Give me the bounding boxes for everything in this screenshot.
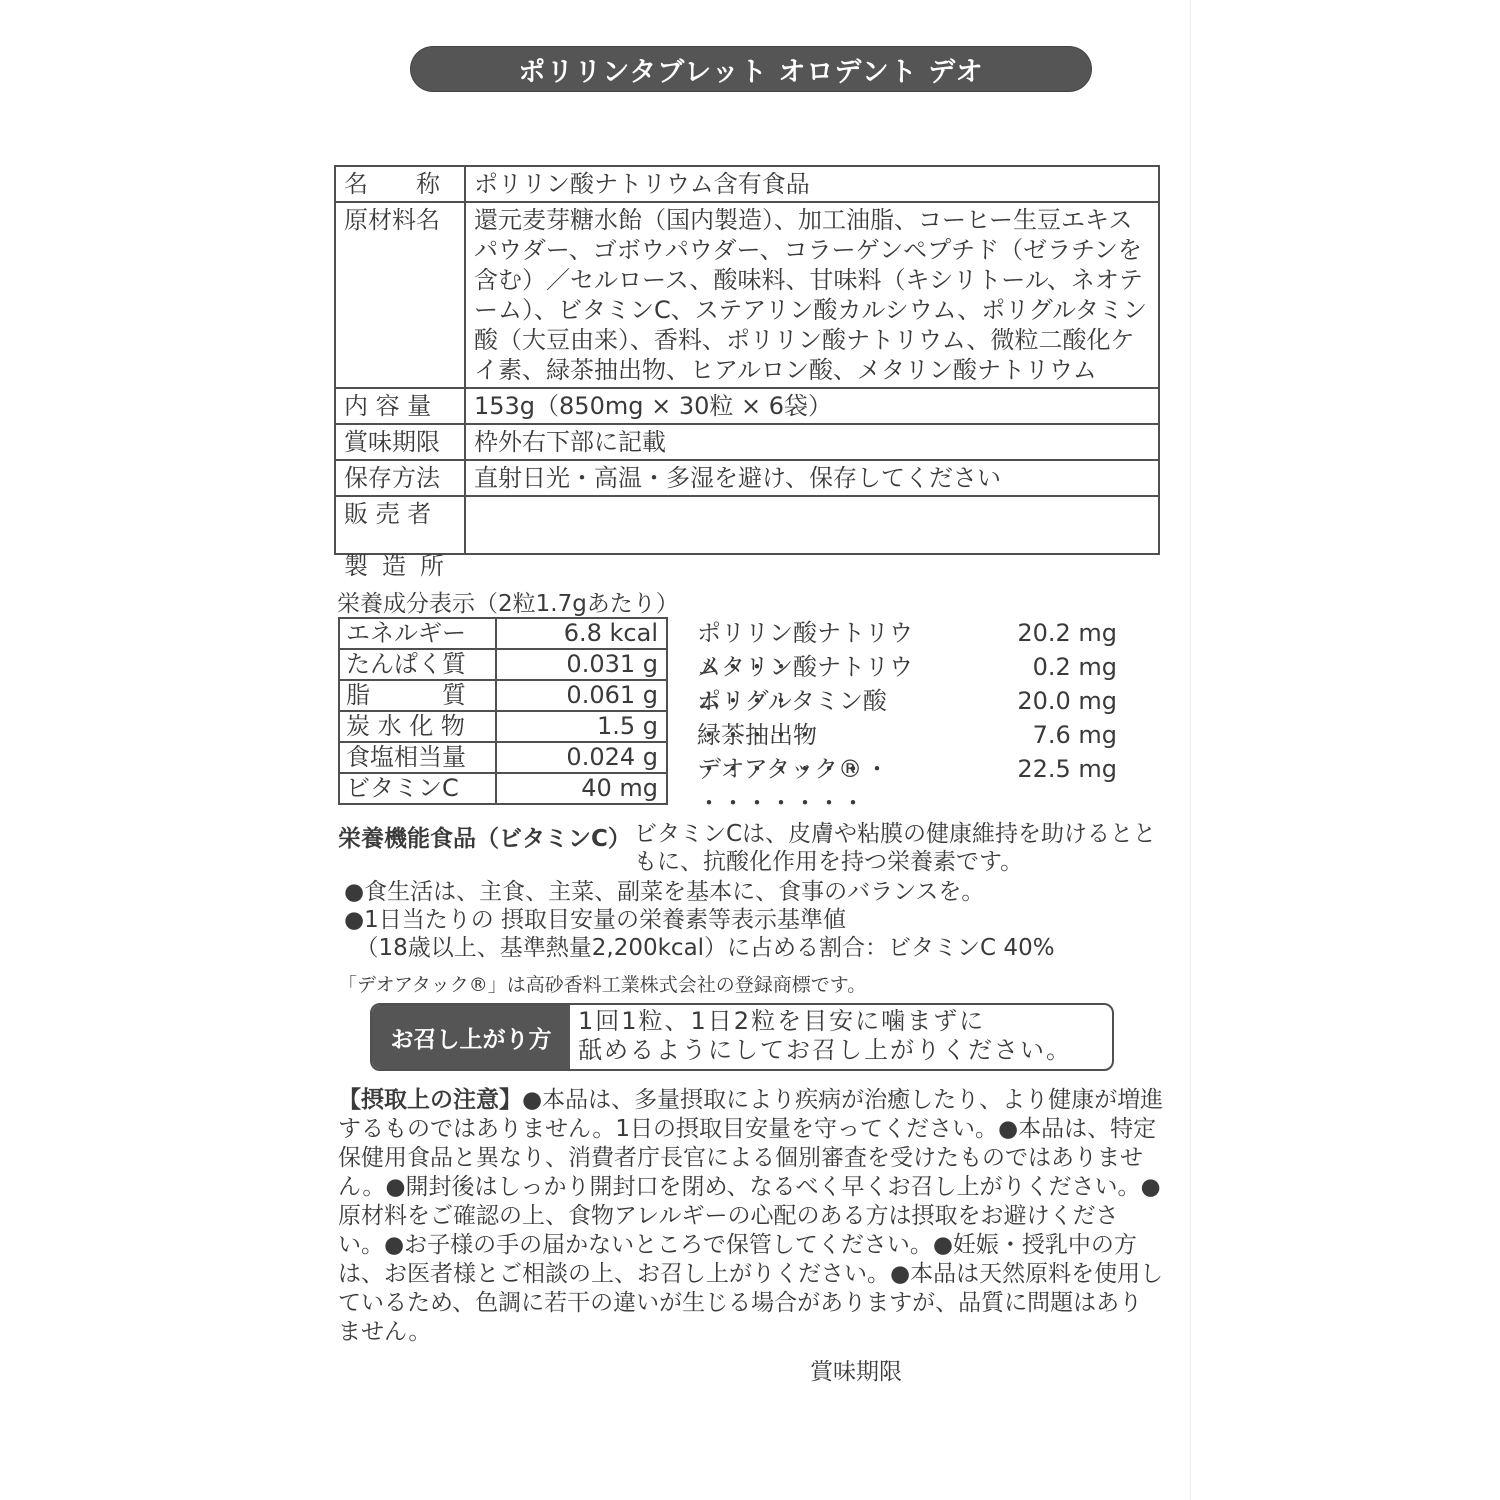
ingredient-name: ポリリン酸ナトリウム・・・ bbox=[697, 616, 987, 650]
table-row: 食塩相当量0.024 g bbox=[339, 742, 667, 773]
caution-label: 【摂取上の注意】 bbox=[338, 1087, 522, 1113]
label-ingredients: 原材料名 bbox=[335, 202, 465, 388]
table-row: 内 容 量 153g（850mg × 30粒 × 6袋） bbox=[335, 388, 1159, 424]
nutrient-name: たんぱく質 bbox=[339, 649, 496, 680]
list-item: ポリグルタミン酸 ・・・・・20.0 mg bbox=[697, 684, 1117, 718]
list-item: 緑茶抽出物 ・・・・・・・・7.6 mg bbox=[697, 718, 1117, 752]
table-row: 保存方法 直射日光・高温・多湿を避け、保存してください bbox=[335, 460, 1159, 496]
list-item: ●1日当たりの 摂取目安量の栄養素等表示基準値 bbox=[344, 906, 1055, 934]
value-contents: 153g（850mg × 30粒 × 6袋） bbox=[465, 388, 1159, 424]
functional-food-text: ビタミンCは、皮膚や粘膜の健康維持を助けるとともに、抗酸化作用を持つ栄養素です。 bbox=[634, 820, 1164, 876]
notes-list: ●食生活は、主食、主菜、副菜を基本に、食事のバランスを。 ●1日当たりの 摂取目… bbox=[344, 878, 1055, 962]
ingredient-value: 0.2 mg bbox=[987, 650, 1117, 684]
list-item: ポリリン酸ナトリウム・・・20.2 mg bbox=[697, 616, 1117, 650]
list-item: メタリン酸ナトリウム・・・0.2 mg bbox=[697, 650, 1117, 684]
ingredient-name: ポリグルタミン酸 ・・・・・ bbox=[697, 684, 987, 718]
ingredient-name: メタリン酸ナトリウム・・・ bbox=[697, 650, 987, 684]
how-to-label: お召し上がり方 bbox=[372, 1005, 570, 1069]
manufacturer-label: 製造所 bbox=[344, 546, 458, 581]
nutrient-value: 0.024 g bbox=[496, 742, 667, 773]
ingredient-value: 20.0 mg bbox=[987, 684, 1117, 718]
list-item: ●食生活は、主食、主菜、副菜を基本に、食事のバランスを。 bbox=[344, 878, 1055, 906]
list-item: （18歳以上、基準熱量2,200kcal）に占める割合：ビタミンC 40% bbox=[344, 934, 1055, 962]
functional-food-label: 栄養機能食品（ビタミンC） bbox=[338, 820, 631, 853]
nutrient-value: 0.061 g bbox=[496, 680, 667, 711]
ingredient-value: 7.6 mg bbox=[987, 718, 1117, 752]
label-contents: 内 容 量 bbox=[335, 388, 465, 424]
nutrition-table: エネルギー6.8 kcal たんぱく質0.031 g 脂 質0.061 g 炭 … bbox=[338, 617, 668, 805]
product-title: ポリリンタブレット オロデント デオ bbox=[411, 47, 1091, 91]
nutrient-value: 40 mg bbox=[496, 773, 667, 804]
ingredient-name: 緑茶抽出物 ・・・・・・・・ bbox=[697, 718, 987, 752]
caution-section: 【摂取上の注意】●本品は、多量摂取により疾病が治癒したり、より健康が増進するもの… bbox=[338, 1086, 1164, 1347]
nutrient-name: 炭 水 化 物 bbox=[339, 711, 496, 742]
table-row: エネルギー6.8 kcal bbox=[339, 618, 667, 649]
nutrient-value: 0.031 g bbox=[496, 649, 667, 680]
table-row: 賞味期限 枠外右下部に記載 bbox=[335, 424, 1159, 460]
nutrient-value: 1.5 g bbox=[496, 711, 667, 742]
list-item: デオアタック® ・・・・・・・22.5 mg bbox=[697, 752, 1117, 786]
table-row: たんぱく質0.031 g bbox=[339, 649, 667, 680]
additional-ingredients: ポリリン酸ナトリウム・・・20.2 mg メタリン酸ナトリウム・・・0.2 mg… bbox=[697, 616, 1117, 786]
table-row: 名 称 ポリリン酸ナトリウム含有食品 bbox=[335, 166, 1159, 202]
how-to-take-box: お召し上がり方 1回1粒、1日2粒を目安に噛まずに 舐めるようにしてお召し上がり… bbox=[370, 1003, 1114, 1071]
value-seller bbox=[465, 496, 1159, 554]
page-edge-line bbox=[1190, 0, 1191, 1500]
nutrient-value: 6.8 kcal bbox=[496, 618, 667, 649]
caution-text: ●本品は、多量摂取により疾病が治癒したり、より健康が増進するものではありません。… bbox=[338, 1087, 1163, 1345]
nutrition-title: 栄養成分表示（2粒1.7gあたり） bbox=[337, 585, 679, 618]
nutrient-name: エネルギー bbox=[339, 618, 496, 649]
expiry-label: 賞味期限 bbox=[810, 1353, 902, 1386]
nutrient-name: 食塩相当量 bbox=[339, 742, 496, 773]
table-row: 原材料名 還元麦芽糖水飴（国内製造）、加工油脂、コーヒー生豆エキスパウダー、ゴボ… bbox=[335, 202, 1159, 388]
value-best-before: 枠外右下部に記載 bbox=[465, 424, 1159, 460]
how-to-line: 1回1粒、1日2粒を目安に噛まずに bbox=[578, 1007, 1104, 1036]
trademark-note: 「デオアタック®」は高砂香料工業株式会社の登録商標です。 bbox=[338, 970, 866, 997]
product-info-table: 名 称 ポリリン酸ナトリウム含有食品 原材料名 還元麦芽糖水飴（国内製造）、加工… bbox=[334, 165, 1160, 555]
table-row: 販 売 者 bbox=[335, 496, 1159, 554]
ingredient-value: 22.5 mg bbox=[987, 752, 1117, 786]
table-row: 脂 質0.061 g bbox=[339, 680, 667, 711]
ingredient-value: 20.2 mg bbox=[987, 616, 1117, 650]
value-name: ポリリン酸ナトリウム含有食品 bbox=[465, 166, 1159, 202]
label-best-before: 賞味期限 bbox=[335, 424, 465, 460]
how-to-text: 1回1粒、1日2粒を目安に噛まずに 舐めるようにしてお召し上がりください。 bbox=[570, 1005, 1112, 1069]
nutrient-name: 脂 質 bbox=[339, 680, 496, 711]
value-storage: 直射日光・高温・多湿を避け、保存してください bbox=[465, 460, 1159, 496]
how-to-line: 舐めるようにしてお召し上がりください。 bbox=[578, 1036, 1104, 1065]
ingredient-name: デオアタック® ・・・・・・・ bbox=[697, 752, 987, 786]
table-row: 炭 水 化 物1.5 g bbox=[339, 711, 667, 742]
nutrient-name: ビタミンC bbox=[339, 773, 496, 804]
label-storage: 保存方法 bbox=[335, 460, 465, 496]
label-name: 名 称 bbox=[335, 166, 465, 202]
value-ingredients: 還元麦芽糖水飴（国内製造）、加工油脂、コーヒー生豆エキスパウダー、ゴボウパウダー… bbox=[465, 202, 1159, 388]
table-row: ビタミンC40 mg bbox=[339, 773, 667, 804]
